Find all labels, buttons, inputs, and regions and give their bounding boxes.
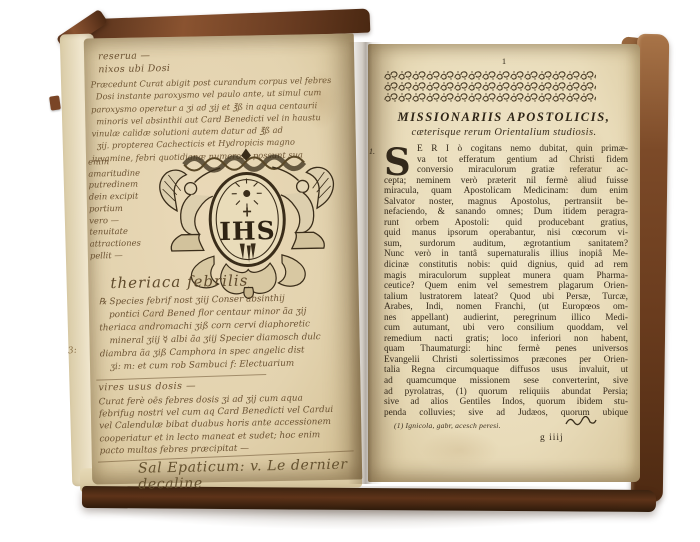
chapter-subtitle: cæterisque rerum Orientalium studiosis.	[368, 127, 640, 138]
body-first-lines: E R I ò cogitans nemo dubitat, quin prim…	[417, 144, 628, 176]
chapter-title: MISSIONARIIS APOSTOLICIS,	[368, 110, 640, 125]
body-lines: cepta; neminem verò præterit nil fermè a…	[384, 176, 628, 419]
ornament-headpiece	[384, 70, 596, 104]
manuscript-rule	[96, 374, 266, 381]
signature-mark: g iiij	[540, 433, 564, 443]
manuscript-section-heading: theriaca febrilis	[110, 272, 248, 293]
clasp-remnant	[49, 95, 61, 110]
manuscript-recipe: ℞ Species febrif nost ʒiij Conser absint…	[99, 292, 352, 375]
manuscript-footer-line: Sal Epaticum: v. Le dernier decaline	[138, 456, 363, 492]
printed-page: 1 MISSIONARIIS APOSTOLICIS, cæterisque r…	[368, 44, 640, 482]
manuscript-usage: Curat ferè oēs febres dosis ʒi ad ʒij cu…	[99, 392, 354, 458]
book-photograph: 3: reserua —nixos ubi Dosi Præcedunt Cur…	[0, 0, 700, 542]
page-number: 1	[368, 56, 640, 66]
body-text-column: 1. S E R I ò cogitans nemo dubitat, quin…	[384, 144, 628, 418]
manuscript-header-notes: reserua —nixos ubi Dosi	[98, 49, 170, 76]
manuscript-usage-heading: vires usus dosis —	[98, 381, 196, 394]
gutter-shadow	[348, 42, 382, 484]
manuscript-page: reserua —nixos ubi Dosi Præcedunt Curat …	[84, 33, 363, 484]
footnote-flourish	[564, 416, 598, 428]
emblem-braid-crown	[184, 147, 304, 170]
footnote: (1) Ignicola, gabr, acesch peresi.	[394, 421, 501, 430]
edge-margin-mark: 3:	[67, 346, 77, 357]
ihs-monogram: IHS	[219, 216, 276, 246]
drop-cap: S	[384, 146, 411, 179]
